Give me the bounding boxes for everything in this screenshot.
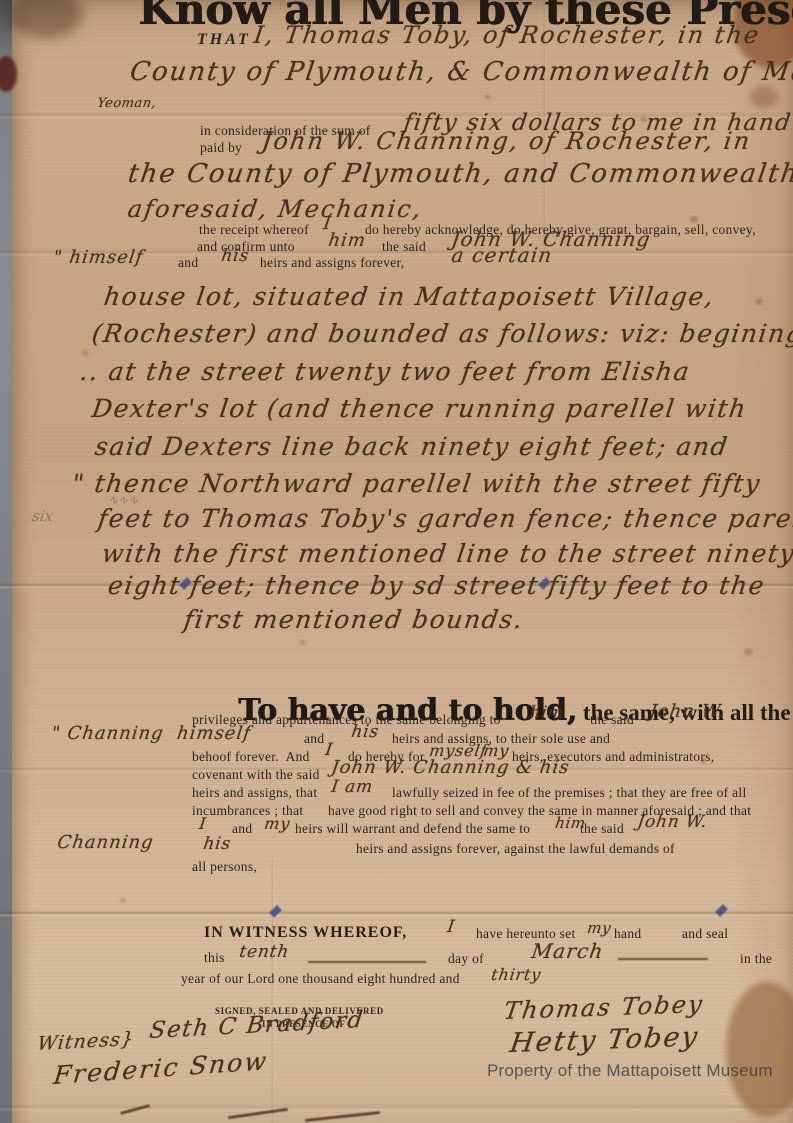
habendum-print: heirs will warrant and defend the same t… — [295, 821, 530, 837]
day-of-label: day of — [448, 951, 484, 967]
in-the-label: in the — [740, 951, 772, 967]
property-line: feet to Thomas Toby's garden fence; then… — [96, 505, 793, 534]
the-said-label: the said — [580, 821, 624, 837]
him-fill: him — [528, 704, 566, 724]
property-line: Dexter's lot (and thence running parelle… — [90, 395, 749, 424]
channing-himself-fill: " Channing himself — [50, 724, 252, 745]
witness-print: and seal — [682, 926, 728, 942]
grantor-occupation: Yeoman, — [96, 97, 157, 112]
witness-print: hand — [614, 926, 641, 942]
year-label: year of our Lord one thousand eight hund… — [181, 971, 460, 987]
day-value-fill: tenth — [238, 943, 290, 963]
the-said-label: the said — [590, 712, 634, 728]
vertical-crease — [271, 860, 275, 1123]
his-fill: his — [220, 247, 250, 267]
heirs-forever-label: heirs and assigns forever, — [260, 255, 404, 271]
covenant-name-fill: John W. Channing & his — [330, 758, 571, 779]
grantee-name-fill: John W. — [636, 813, 709, 833]
property-line: eight feet; thence by sd street fifty fe… — [106, 572, 767, 601]
foxing-spot — [120, 898, 126, 903]
confirm-him: him — [327, 231, 367, 252]
a-certain-fill: a certain — [450, 244, 554, 267]
pencil-margin-note: six — [31, 508, 54, 525]
habendum-print: all persons, — [192, 859, 257, 875]
museum-watermark: Property of the Mattapoisett Museum — [487, 1061, 773, 1081]
grantor-name-line: I, Thomas Toby, of Rochester, in the — [252, 22, 762, 50]
channing-fill: Channing — [56, 833, 155, 854]
foxing-spot — [300, 640, 306, 645]
property-line: (Rochester) and bounded as follows: viz:… — [90, 320, 793, 349]
and-label: and — [304, 731, 324, 747]
receipt-label: the receipt whereof — [199, 222, 309, 238]
that-label: THAT — [197, 31, 251, 49]
property-line: .. at the street twenty two feet from El… — [78, 358, 692, 387]
property-line: said Dexters line back ninety eight feet… — [93, 433, 730, 462]
grantee-name-line: John W. Channing, of Rochester, in — [260, 128, 753, 156]
grantee-aforesaid-line: aforesaid, Mechanic, — [126, 196, 424, 224]
in-witness-heading: IN WITNESS WHEREOF, — [204, 924, 407, 942]
habendum-print: heirs and assigns forever, against the l… — [356, 841, 675, 857]
year-value-fill: thirty — [490, 966, 542, 984]
habendum-print: heirs and assigns, that — [192, 785, 317, 801]
month-value-fill: March — [530, 940, 605, 963]
property-line: " thence Northward parellel with the str… — [70, 470, 763, 499]
fold-line — [0, 910, 793, 917]
grantee-county-line: the County of Plymouth, and Commonwealth — [126, 160, 793, 190]
his-fill: his — [202, 835, 232, 855]
foxing-spot — [744, 648, 753, 656]
himself-fill: " himself — [52, 248, 145, 269]
this-label: this — [204, 950, 225, 966]
stain — [750, 86, 778, 108]
ruled-dash — [618, 958, 708, 960]
habendum-print: lawfully seized in fee of the premises ;… — [392, 785, 747, 801]
foxing-spot — [82, 350, 88, 356]
habendum-print: covenant with the said — [192, 767, 320, 783]
and-label: and — [232, 821, 252, 837]
the-said-label: the said — [382, 239, 426, 255]
paid-by-label: paid by — [200, 140, 242, 156]
foxing-spot — [755, 298, 763, 305]
property-line: with the first mentioned line to the str… — [100, 540, 793, 569]
i-am-fill: I am — [330, 778, 374, 798]
fold-line — [0, 1104, 793, 1111]
my-fill: my — [586, 920, 612, 937]
his-fill: his — [350, 723, 380, 743]
grantor-county-line: County of Plymouth, & Commonwealth of Ma… — [128, 58, 793, 88]
foxing-spot — [485, 94, 490, 99]
and-label: and — [178, 255, 198, 271]
property-line: house lot, situated in Mattapoisett Vill… — [102, 283, 716, 312]
ruled-dash — [308, 961, 426, 963]
grantee-name-fill: John W. — [648, 702, 726, 723]
property-line: first mentioned bounds. — [182, 606, 525, 635]
deed-document-scan: Know all Men by these Presents. THAT I, … — [0, 0, 793, 1123]
habendum-print: behoof forever. And — [192, 749, 310, 765]
my-fill: my — [263, 815, 291, 833]
